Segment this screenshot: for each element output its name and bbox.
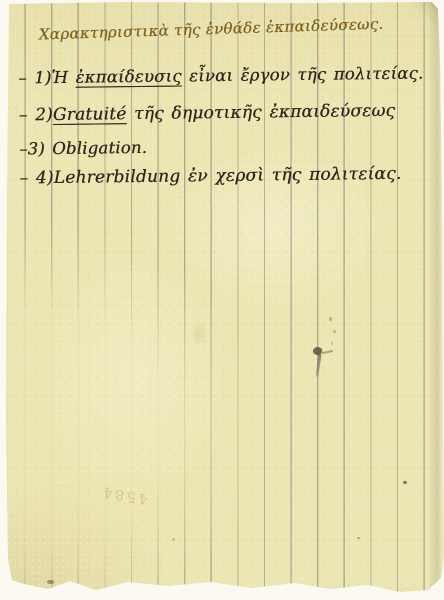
- item-4-text-post: Lehrerbildung ἐν χερσὶ τῆς πολιτείας.: [54, 164, 402, 188]
- paper-speck: [329, 317, 332, 321]
- item-1-text-post: εἶναι ἔργον τῆς πολιτείας.: [182, 64, 424, 86]
- item-3-marker: –3): [19, 141, 52, 158]
- note-item-1: – 1)Ἡ ἐκπαίδευσις εἶναι ἔργον τῆς πολιτε…: [18, 66, 423, 87]
- paper-speck: [331, 342, 333, 345]
- handwritten-content: Χαρακτηριστικὰ τῆς ἐνθάδε ἐκπαιδεύσεως. …: [0, 0, 444, 600]
- item-3-text-post: Obligation.: [52, 138, 147, 158]
- paper-speck: [333, 330, 336, 333]
- pale-stain: [190, 320, 208, 348]
- paper-sheet: Χαρακτηριστικὰ τῆς ἐνθάδε ἐκπαιδεύσεως. …: [0, 0, 444, 600]
- paper-speck: [357, 537, 360, 539]
- item-2-marker: – 2): [19, 107, 53, 124]
- paper-speck: [47, 580, 54, 584]
- item-2-text-post: τῆς δημοτικῆς ἐκπαιδεύσεως: [126, 101, 395, 124]
- paper-speck: [172, 538, 175, 541]
- note-item-4: – 4)Lehrerbildung ἐν χερσὶ τῆς πολιτείας…: [19, 166, 401, 188]
- item-1-underlined-word: ἐκπαίδευσις: [75, 66, 181, 86]
- item-4-marker: – 4): [19, 170, 53, 187]
- scanned-document-page: Χαρακτηριστικὰ τῆς ἐνθάδε ἐκπαιδεύσεως. …: [0, 0, 444, 600]
- item-2-underlined-word: Gratuité: [53, 104, 127, 125]
- note-title: Χαρακτηριστικὰ τῆς ἐνθάδε ἐκπαιδεύσεως.: [38, 15, 383, 44]
- item-1-text-pre: Ἡ: [51, 68, 75, 87]
- item-1-marker: – 1): [18, 70, 51, 87]
- note-item-2: – 2)Gratuité τῆς δημοτικῆς ἐκπαιδεύσεως: [19, 103, 396, 125]
- note-item-3: –3)Obligation.: [19, 140, 147, 158]
